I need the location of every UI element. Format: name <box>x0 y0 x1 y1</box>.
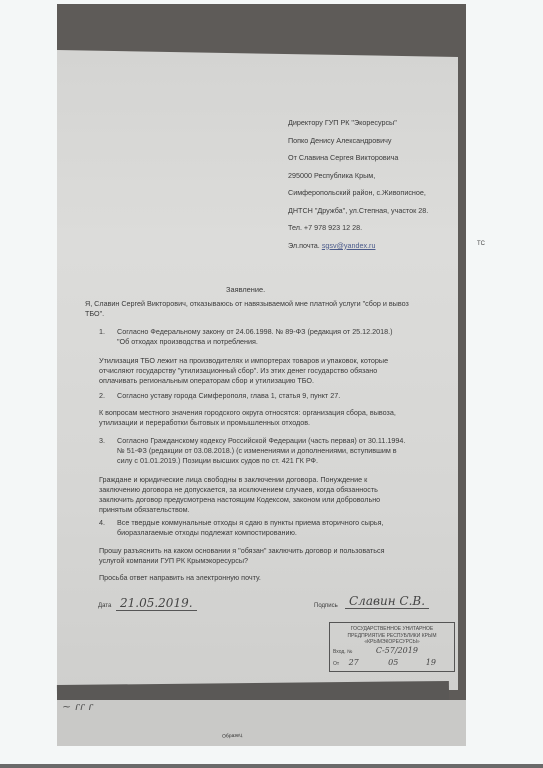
list-item-3: 3. Согласно Гражданскому кодексу Российс… <box>99 436 409 466</box>
email-line: Эл.почта. sgsv@yandex.ru <box>288 241 428 259</box>
intro-paragraph: Я, Славин Сергей Викторович, отказываюсь… <box>85 299 425 319</box>
page-lower-section <box>57 700 466 746</box>
list-item-text: Все твердые коммунальные отходы я сдаю в… <box>99 518 399 538</box>
request-paragraph: Просьба ответ направить на электронную п… <box>99 573 399 583</box>
side-mark: ТС <box>477 241 485 247</box>
list-item-4: 4. Все твердые коммунальные отходы я сда… <box>99 518 399 538</box>
question-paragraph: Прошу разъяснить на каком основании я "о… <box>99 546 399 566</box>
stamp-from-label: От <box>333 661 339 667</box>
page-edge <box>0 764 543 768</box>
email-label: Эл.почта. <box>288 241 320 250</box>
date-value: 21.05.2019. <box>116 596 197 611</box>
list-item-text: Согласно Гражданскому кодексу Российской… <box>99 436 409 466</box>
stamp-from-day: 27 <box>349 658 359 667</box>
list-item-number: 1. <box>99 327 105 337</box>
stamp-from-row: От 27 05 19 <box>333 660 451 668</box>
stamp-incoming-row: Вход. № С-57/2019 <box>333 648 451 656</box>
date-label: Дата <box>98 603 111 609</box>
addressee-line: От Славина Сергея Викторовича <box>288 153 428 171</box>
document-title: Заявление. <box>226 285 265 295</box>
addressee-line: 295000 Республика Крым, <box>288 171 428 189</box>
addressee-block: Директору ГУП РК "Экоресурсы" Попко Дени… <box>288 118 428 258</box>
stamp-line: «КРЫМЭКОРЕСУРСЫ» <box>330 639 454 646</box>
list-item-number: 2. <box>99 391 105 401</box>
item-1-note: Утилизация ТБО лежит на производителях и… <box>99 356 409 386</box>
list-item-number: 4. <box>99 518 105 528</box>
handwritten-marks: ~ ɾɾ ɾ <box>62 700 93 713</box>
list-item-text: Согласно Федеральному закону от 24.06.19… <box>99 327 399 347</box>
date-field: Дата <box>98 601 111 611</box>
signature-value: Славин С.В. <box>345 594 429 609</box>
list-item-1: 1. Согласно Федеральному закону от 24.06… <box>99 327 399 347</box>
stamp-incoming-label: Вход. № <box>333 649 352 655</box>
email-link[interactable]: sgsv@yandex.ru <box>322 241 376 250</box>
signature-field: Подпись <box>314 601 338 611</box>
addressee-line: Тел. +7 978 923 12 28. <box>288 223 428 241</box>
stamp-incoming-value: С-57/2019 <box>376 646 418 655</box>
signature-label: Подпись <box>314 603 338 609</box>
stamp-from-month: 05 <box>388 658 398 667</box>
addressee-line: Директору ГУП РК "Экоресурсы" <box>288 118 428 136</box>
item-2-note: К вопросам местного значения городского … <box>99 408 419 428</box>
addressee-line: ДНТСН "Дружба", ул.Степная, участок 28. <box>288 206 428 224</box>
list-item-text: Согласно уставу города Симферополя, глав… <box>99 391 399 401</box>
addressee-line: Попко Денису Александровичу <box>288 136 428 154</box>
registration-stamp: ГОСУДАРСТВЕННОЕ УНИТАРНОЕ ПРЕДПРИЯТИЕ РЕ… <box>329 622 455 672</box>
list-item-number: 3. <box>99 436 105 446</box>
addressee-line: Симферопольский район, с.Живописное, <box>288 188 428 206</box>
item-3-note: Граждане и юридические лица свободны в з… <box>99 475 399 515</box>
stamp-from-year: 19 <box>426 658 436 667</box>
list-item-2: 2. Согласно уставу города Симферополя, г… <box>99 391 399 401</box>
